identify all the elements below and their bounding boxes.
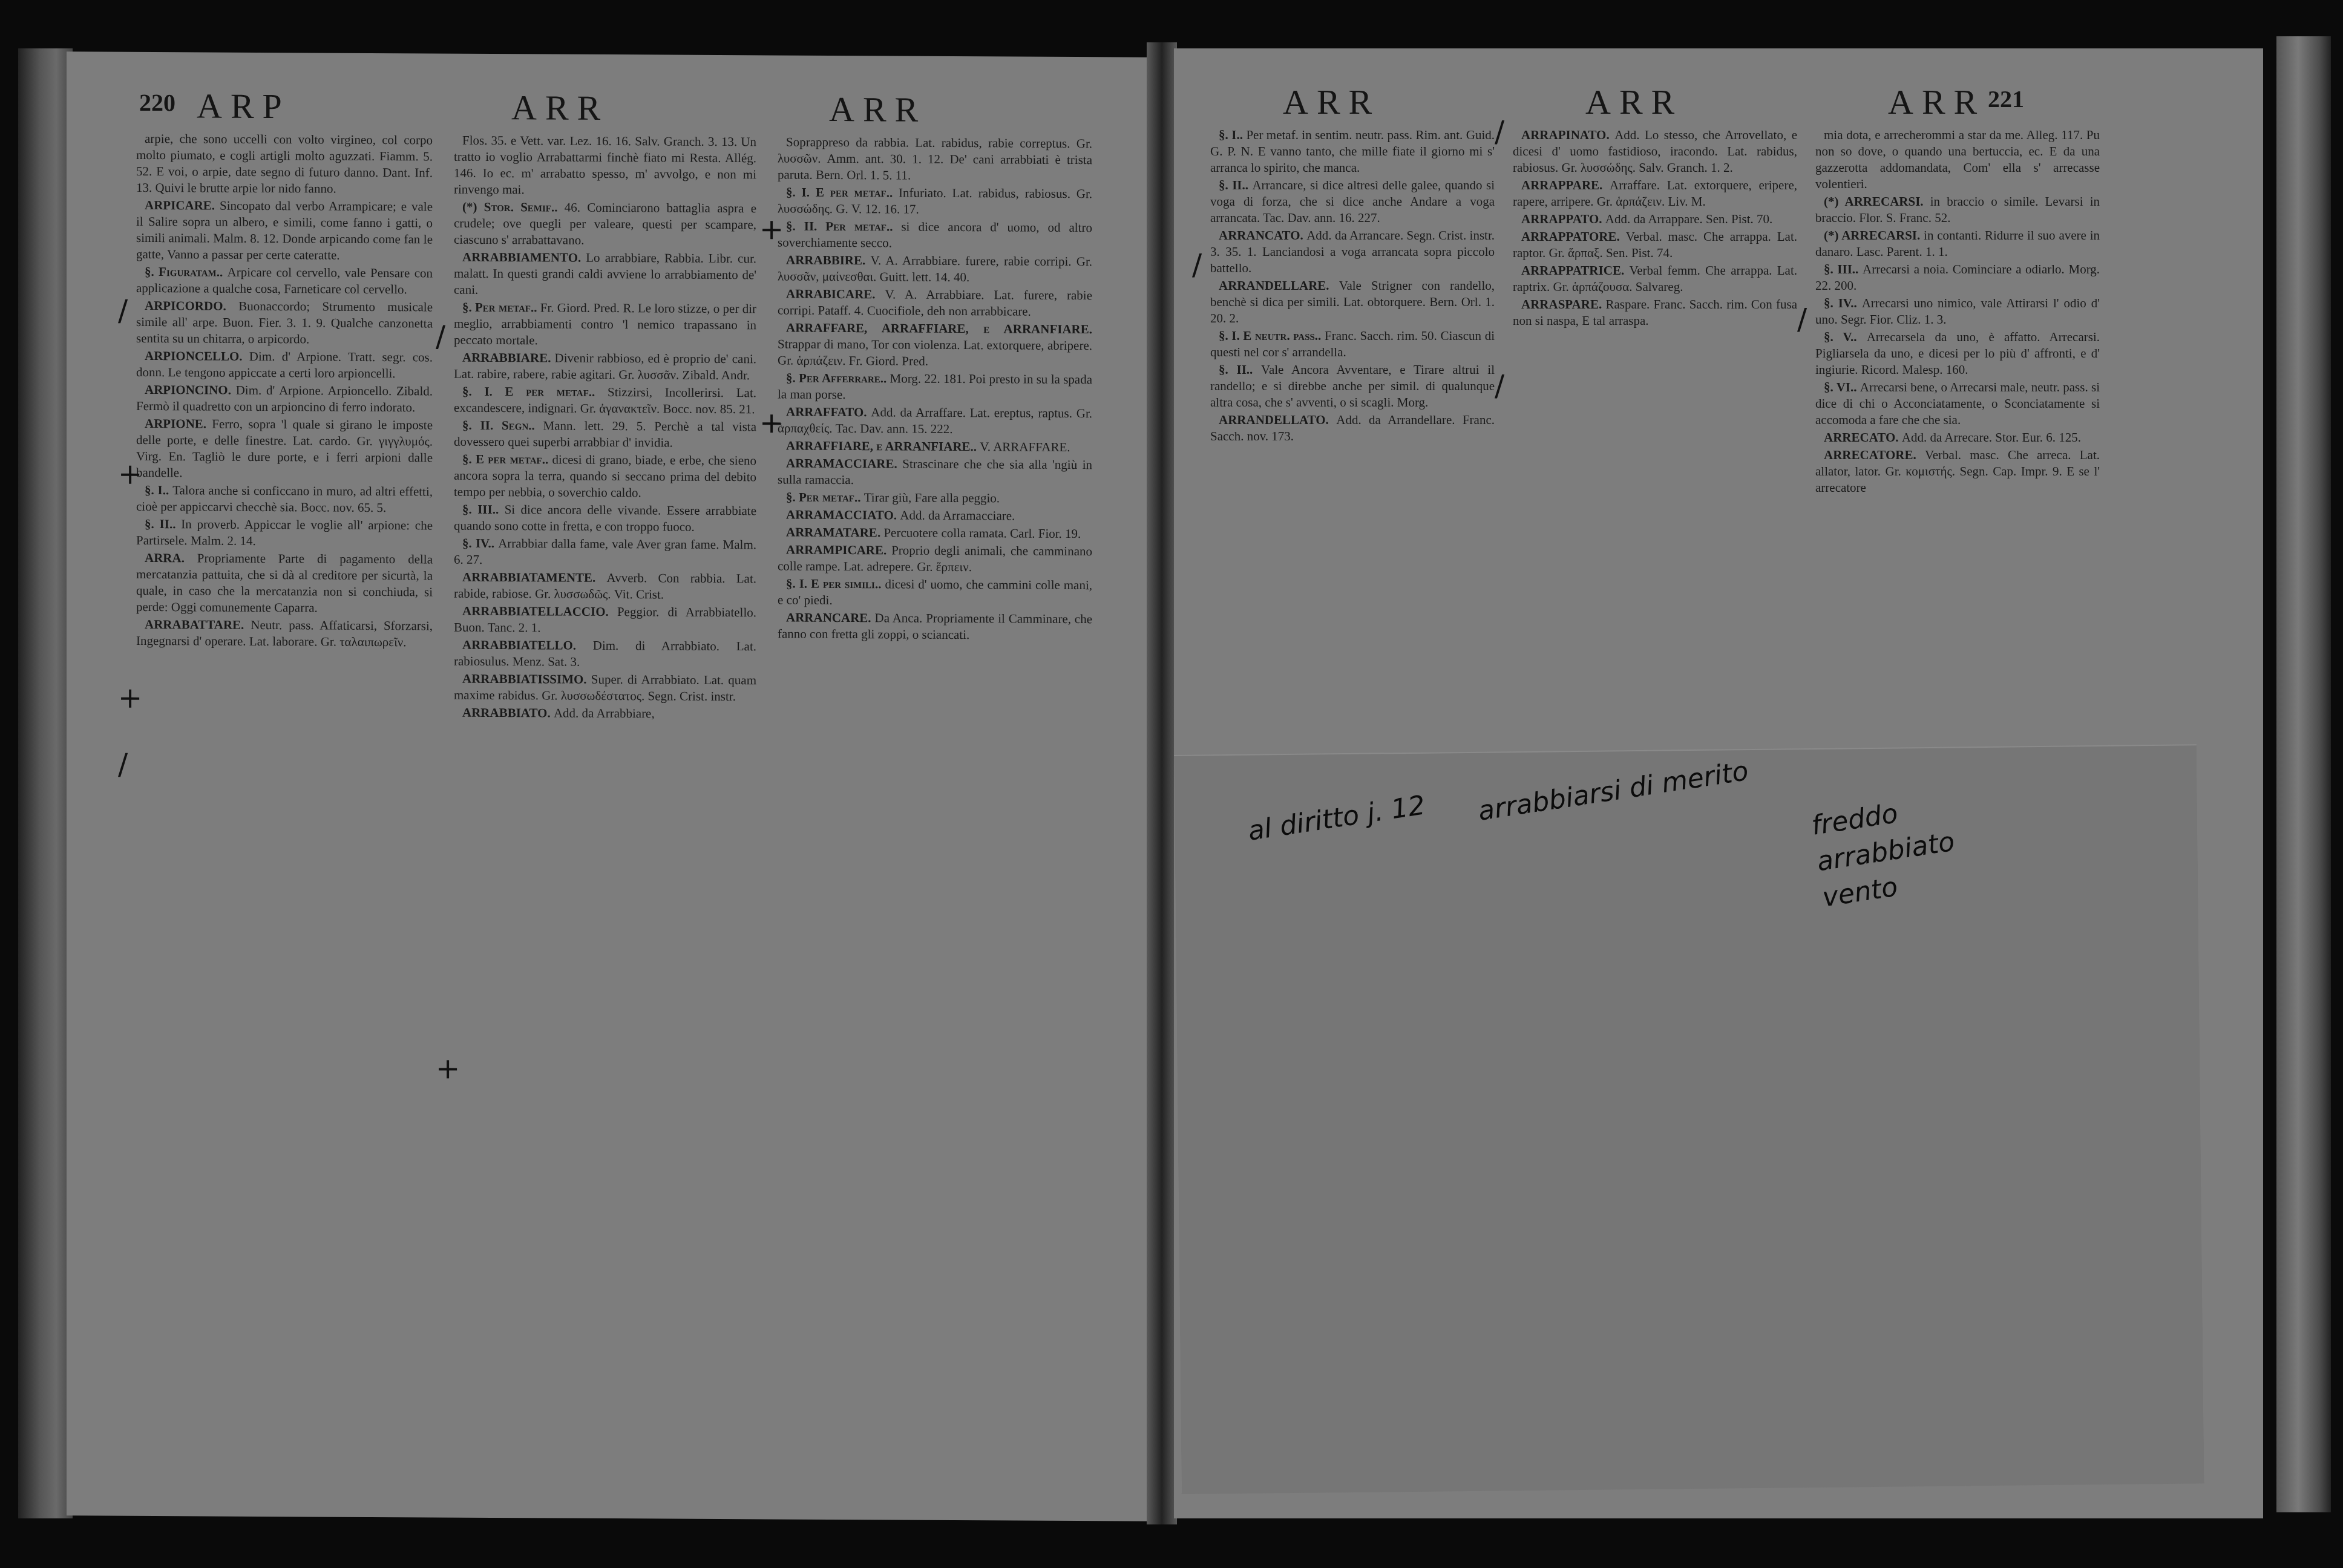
dictionary-entry: ARRAPPARE. Arraffare. Lat. extorquere, e… xyxy=(1513,177,1797,210)
entry-headword: ARRECATORE. xyxy=(1824,448,1925,462)
entry-headword: (*) ARRECARSI. xyxy=(1824,228,1924,243)
dictionary-entry: ARRAMPICARE. Proprio degli animali, che … xyxy=(778,541,1092,576)
left-page: 220 ARP ARR ARR arpie, che sono uccelli … xyxy=(67,51,1150,1521)
dictionary-entry: ARRABICARE. V. A. Arrabbiare. Lat. furer… xyxy=(778,286,1092,320)
dictionary-entry: §. I. E neutr. pass.. Franc. Sacch. rim.… xyxy=(1210,328,1495,361)
dictionary-entry: ARRAFFATO. Add. da Arraffare. Lat. erept… xyxy=(778,403,1092,438)
dictionary-entry: ARRABBIAMENTO. Lo arrabbiare, Rabbia. Li… xyxy=(454,249,756,300)
dictionary-entry: §. V.. Arrecarsela da uno, è affatto. Ar… xyxy=(1815,329,2100,378)
entry-continuation: Soprappreso da rabbia. Lat. rabidus, rab… xyxy=(778,134,1092,185)
entry-headword: §. II. Per metaf.. xyxy=(786,219,901,234)
inserted-paper-slip: al diritto j. 12 arrabbiarsi di merito f… xyxy=(1174,745,2204,1494)
running-head: ARR xyxy=(1585,82,1683,122)
entry-text: arpie, che sono uccelli con volto virgin… xyxy=(136,131,433,196)
entry-headword: ARPIONCINO. xyxy=(145,382,236,397)
entry-headword: §. I.. xyxy=(1219,128,1246,142)
entry-text: Add. da Arramacciare. xyxy=(900,508,1015,523)
dictionary-entry: ARRAPPATRICE. Verbal femm. Che arrappa. … xyxy=(1513,263,1797,295)
margin-check-mark: / xyxy=(1192,248,1202,282)
dictionary-entry: §. I.. Per metaf. in sentim. neutr. pass… xyxy=(1210,127,1495,176)
entry-continuation: mia dota, e arrecherommi a star da me. A… xyxy=(1815,127,2100,192)
entry-headword: §. Per Afferrare.. xyxy=(786,371,890,386)
entry-text: Add. da Arrappare. Sen. Pist. 70. xyxy=(1605,212,1772,226)
entry-headword: ARRECATO. xyxy=(1824,430,1902,445)
book-edge-left xyxy=(18,48,73,1518)
margin-cross-mark: + xyxy=(118,457,142,491)
margin-cross-mark: + xyxy=(759,212,784,246)
dictionary-entry: (*) ARRECARSI. in contanti. Ridurre il s… xyxy=(1815,227,2100,260)
entry-headword: ARRASPARE. xyxy=(1521,297,1605,312)
entry-headword: ARPIONE. xyxy=(145,416,212,431)
entry-headword: ARRAFFARE, ARRAFFIARE, e ARRANFIARE. xyxy=(786,321,1092,337)
dictionary-entry: ARRAMATARE. Percuotere colla ramata. Car… xyxy=(778,524,1092,542)
entry-headword: §. I.. xyxy=(145,483,172,497)
entry-headword: §. II.. xyxy=(1219,178,1252,192)
dictionary-entry: §. II.. Vale Ancora Avventare, e Tirare … xyxy=(1210,362,1495,411)
handwritten-note: freddo arrabbiato vento xyxy=(1809,787,1969,916)
entry-headword: §. II.. xyxy=(145,517,181,531)
entry-headword: ARRANCATO. xyxy=(1219,228,1306,243)
entry-headword: §. Figuratam.. xyxy=(145,264,228,279)
entry-headword: ARPIONCELLO. xyxy=(145,348,249,364)
entry-headword: ARRAMATARE. xyxy=(786,525,883,540)
entry-headword: §. I. E per simili.. xyxy=(786,577,885,592)
entry-text: Strappar di mano, Tor con violenza. Lat.… xyxy=(778,336,1092,368)
page-number: 220 xyxy=(139,88,175,117)
dictionary-entry: ARPIONCINO. Dim. d' Arpione. Arpioncello… xyxy=(136,382,433,416)
margin-check-mark: / xyxy=(118,294,128,328)
entry-headword: §. I. E neutr. pass.. xyxy=(1219,328,1325,343)
dictionary-entry: ARRAPPATORE. Verbal. masc. Che arrappa. … xyxy=(1513,229,1797,261)
text-column: arpie, che sono uccelli con volto virgin… xyxy=(136,131,433,1391)
entry-text: Percuotere colla ramata. Carl. Fior. 19. xyxy=(883,525,1081,541)
entry-headword: ARRAMACCIATO. xyxy=(786,508,900,523)
entry-headword: §. V.. xyxy=(1824,330,1867,344)
entry-headword: §. Per metaf.. xyxy=(462,300,540,315)
dictionary-entry: ARRASPARE. Raspare. Franc. Sacch. rim. C… xyxy=(1513,296,1797,329)
dictionary-entry: ARPICORDO. Buonaccordo; Strumento musica… xyxy=(136,298,433,348)
entry-headword: ARRABICARE. xyxy=(786,287,885,302)
dictionary-entry: ARRANCARE. Da Anca. Propriamente il Camm… xyxy=(778,609,1092,644)
text-column: mia dota, e arrecherommi a star da me. A… xyxy=(1815,127,2100,811)
entry-headword: ARRABBIATELLO. xyxy=(462,638,593,653)
dictionary-entry: §. II.. In proverb. Appiccar le voglie a… xyxy=(136,516,433,550)
dictionary-entry: ARRECATORE. Verbal. masc. Che arreca. La… xyxy=(1815,447,2100,496)
dictionary-entry: ARPICARE. Sincopato dal verbo Arrampicar… xyxy=(136,197,433,264)
dictionary-entry: §. VI.. Arrecarsi bene, o Arrecarsi male… xyxy=(1815,379,2100,428)
dictionary-entry: ARRABBIRE. V. A. Arrabbiare. furere, rab… xyxy=(778,252,1092,286)
entry-headword: ARRA. xyxy=(145,550,197,565)
dictionary-entry: ARRABBIATO. Add. da Arrabbiare, xyxy=(454,705,756,723)
running-head: ARR xyxy=(829,89,926,130)
dictionary-entry: ARRAPPATO. Add. da Arrappare. Sen. Pist.… xyxy=(1513,211,1797,227)
entry-headword: ARRABBIARE. xyxy=(462,350,555,365)
margin-check-mark: / xyxy=(436,320,445,354)
running-head: ARR xyxy=(511,87,609,128)
entry-headword: §. II. Segn.. xyxy=(462,418,543,433)
entry-headword: §. III.. xyxy=(462,502,505,517)
entry-headword: (*) ARRECARSI. xyxy=(1824,194,1930,209)
entry-headword: §. IV.. xyxy=(1824,296,1862,310)
entry-headword: ARRAPPATRICE. xyxy=(1521,263,1629,278)
dictionary-entry: ARRAMACCIARE. Strascinare che che sia al… xyxy=(778,455,1092,489)
dictionary-entry: ARRABBIATELLO. Dim. di Arrabbiato. Lat. … xyxy=(454,637,756,671)
entry-text: Add. da Arrabbiare, xyxy=(554,706,655,721)
entry-continuation: Flos. 35. e Vett. var. Lez. 16. 16. Salv… xyxy=(454,132,756,200)
dictionary-entry: §. Per metaf.. Tirar giù, Fare alla pegg… xyxy=(778,489,1092,507)
entry-text: Arrabbiar dalla fame, vale Aver gran fam… xyxy=(454,536,756,567)
dictionary-entry: ARRANDELLATO. Add. da Arrandellare. Fran… xyxy=(1210,412,1495,445)
entry-text: Soprappreso da rabbia. Lat. rabidus, rab… xyxy=(778,135,1092,183)
entry-headword: ARRAPPATO. xyxy=(1521,212,1605,226)
dictionary-entry: ARRABBIATELLACCIO. Peggior. di Arrabbiat… xyxy=(454,603,756,638)
page-number: 221 xyxy=(1988,85,2024,113)
entry-headword: ARRAMACCIARE. xyxy=(786,456,902,471)
dictionary-entry: ARRANDELLARE. Vale Strigner con randello… xyxy=(1210,278,1495,327)
dictionary-entry: ARRAPINATO. Add. Lo stesso, che Arrovell… xyxy=(1513,127,1797,176)
running-head: ARR xyxy=(1283,82,1380,122)
entry-headword: (*) Stor. Semif.. xyxy=(462,200,565,215)
entry-headword: ARRABBIATISSIMO. xyxy=(462,671,591,687)
dictionary-entry: ARRAMACCIATO. Add. da Arramacciare. xyxy=(778,506,1092,524)
dictionary-entry: §. Figuratam.. Arpicare col cervello, va… xyxy=(136,264,433,298)
entry-headword: ARPICARE. xyxy=(145,198,220,213)
entry-headword: ARRABBIATELLACCIO. xyxy=(462,604,617,619)
running-head: ARP xyxy=(197,85,290,126)
entry-continuation: arpie, che sono uccelli con volto virgin… xyxy=(136,131,433,198)
entry-text: Tirar giù, Fare alla peggio. xyxy=(864,490,1000,505)
dictionary-entry: ARRANCATO. Add. da Arrancare. Segn. Cris… xyxy=(1210,227,1495,276)
entry-headword: ARRABBIAMENTO. xyxy=(462,250,586,265)
dictionary-entry: §. I. E per metaf.. Infuriato. Lat. rabi… xyxy=(778,184,1092,218)
entry-headword: ARRANDELLATO. xyxy=(1219,413,1336,427)
dictionary-entry: §. I. E per simili.. dicesi d' uomo, che… xyxy=(778,575,1092,610)
entry-headword: §. VI.. xyxy=(1824,380,1860,394)
dictionary-entry: ARPIONE. Ferro, sopra 'l quale si girano… xyxy=(136,416,433,483)
entry-headword: §. I. E per metaf.. xyxy=(462,384,608,399)
dictionary-entry: (*) ARRECARSI. in braccio o simile. Leva… xyxy=(1815,194,2100,226)
entry-text: Per metaf. in sentim. neutr. pass. Rim. … xyxy=(1210,128,1495,175)
entry-text: Flos. 35. e Vett. var. Lez. 16. 16. Salv… xyxy=(454,133,756,197)
text-column: Soprappreso da rabbia. Lat. rabidus, rab… xyxy=(778,134,1092,1376)
dictionary-entry: ARRABBIATAMENTE. Avverb. Con rabbia. Lat… xyxy=(454,569,756,604)
margin-cross-mark: + xyxy=(436,1052,460,1086)
entry-headword: ARRAPPARE. xyxy=(1521,178,1610,192)
dictionary-entry: ARRECATO. Add. da Arrecare. Stor. Eur. 6… xyxy=(1815,430,2100,446)
dictionary-entry: (*) Stor. Semif.. 46. Cominciarono batta… xyxy=(454,199,756,250)
margin-cross-mark: + xyxy=(759,406,784,440)
margin-check-mark: / xyxy=(1797,302,1807,336)
entry-headword: ARRABBIRE. xyxy=(786,253,871,268)
entry-headword: ARRANCARE. xyxy=(786,610,874,626)
entry-headword: §. II.. xyxy=(1219,362,1261,377)
entry-headword: §. E per metaf.. xyxy=(462,452,552,467)
dictionary-entry: §. IV.. Arrecarsi uno nimico, vale Attir… xyxy=(1815,295,2100,328)
entry-text: In proverb. Appiccar le voglie all' arpi… xyxy=(136,517,433,548)
dictionary-entry: §. III.. Arrecarsi a noia. Cominciare a … xyxy=(1815,261,2100,294)
entry-text: Arrancare, si dice altresì delle galee, … xyxy=(1210,178,1495,225)
entry-headword: ARRAMPICARE. xyxy=(786,543,891,558)
running-head: ARR xyxy=(1888,82,1985,122)
dictionary-entry: ARRAFFIARE, e ARRANFIARE.. V. ARRAFFARE. xyxy=(778,437,1092,456)
book-edge-right xyxy=(2276,36,2331,1512)
entry-headword: ARRABBIATAMENTE. xyxy=(462,570,607,585)
dictionary-entry: ARRAFFARE, ARRAFFIARE, e ARRANFIARE. Str… xyxy=(778,319,1092,370)
dictionary-entry: §. II.. Arrancare, si dice altresì delle… xyxy=(1210,177,1495,226)
dictionary-entry: ARRA. Propriamente Parte di pagamento de… xyxy=(136,550,433,617)
margin-check-mark: / xyxy=(118,748,128,782)
dictionary-entry: §. E per metaf.. dicesi di grano, biade,… xyxy=(454,451,756,502)
dictionary-entry: ARRABBIATISSIMO. Super. di Arrabbiato. L… xyxy=(454,671,756,705)
margin-check-mark: / xyxy=(1495,115,1504,149)
entry-text: Talora anche si conficcano in muro, ad a… xyxy=(136,483,433,515)
entry-headword: ARRABATTARE. xyxy=(145,617,251,632)
text-column: §. I.. Per metaf. in sentim. neutr. pass… xyxy=(1210,127,1495,811)
dictionary-entry: §. Per Afferrare.. Morg. 22. 181. Poi pr… xyxy=(778,370,1092,404)
dictionary-entry: §. Per metaf.. Fr. Giord. Pred. R. Le lo… xyxy=(454,299,756,350)
entry-headword: §. I. E per metaf.. xyxy=(786,185,899,200)
dictionary-entry: §. I.. Talora anche si conficcano in mur… xyxy=(136,482,433,517)
dictionary-entry: ARPIONCELLO. Dim. d' Arpione. Tratt. seg… xyxy=(136,348,433,382)
entry-headword: ARRAPPATORE. xyxy=(1521,229,1626,244)
entry-headword: ARRAFFIARE, e ARRANFIARE.. xyxy=(786,439,980,454)
dictionary-entry: §. II. Per metaf.. si dice ancora d' uom… xyxy=(778,218,1092,252)
entry-text: V. ARRAFFARE. xyxy=(980,439,1070,454)
text-column: Flos. 35. e Vett. var. Lez. 16. 16. Salv… xyxy=(454,132,756,1393)
book-gutter xyxy=(1147,42,1177,1524)
dictionary-entry: §. I. E per metaf.. Stizzirsi, Incolleri… xyxy=(454,384,756,418)
entry-headword: ARPICORDO. xyxy=(145,298,238,313)
dictionary-entry: §. III.. Si dice ancora delle vivande. E… xyxy=(454,501,756,536)
dictionary-entry: ARRABATTARE. Neutr. pass. Affaticarsi, S… xyxy=(136,616,433,651)
entry-text: Add. da Arrecare. Stor. Eur. 6. 125. xyxy=(1902,430,2081,445)
entry-headword: §. Per metaf.. xyxy=(786,490,864,505)
dictionary-entry: ARRABBIARE. Divenir rabbioso, ed è propr… xyxy=(454,350,756,384)
handwritten-note: arrabbiarsi di merito xyxy=(1476,756,1750,827)
entry-headword: ARRAPINATO. xyxy=(1521,128,1614,142)
margin-cross-mark: + xyxy=(118,681,142,715)
margin-check-mark: / xyxy=(1495,369,1504,403)
text-column: ARRAPINATO. Add. Lo stesso, che Arrovell… xyxy=(1513,127,1797,811)
entry-headword: ARRAFFATO. xyxy=(786,405,871,420)
entry-headword: §. III.. xyxy=(1824,262,1863,276)
dictionary-entry: §. IV.. Arrabbiar dalla fame, vale Aver … xyxy=(454,535,756,570)
entry-headword: ARRABBIATO. xyxy=(462,705,554,720)
dictionary-entry: §. II. Segn.. Mann. lett. 29. 5. Perchè … xyxy=(454,417,756,452)
handwritten-note: al diritto j. 12 xyxy=(1246,789,1427,847)
entry-headword: §. IV.. xyxy=(462,536,498,550)
entry-text: mia dota, e arrecherommi a star da me. A… xyxy=(1815,128,2100,191)
entry-headword: ARRANDELLARE. xyxy=(1219,278,1339,293)
